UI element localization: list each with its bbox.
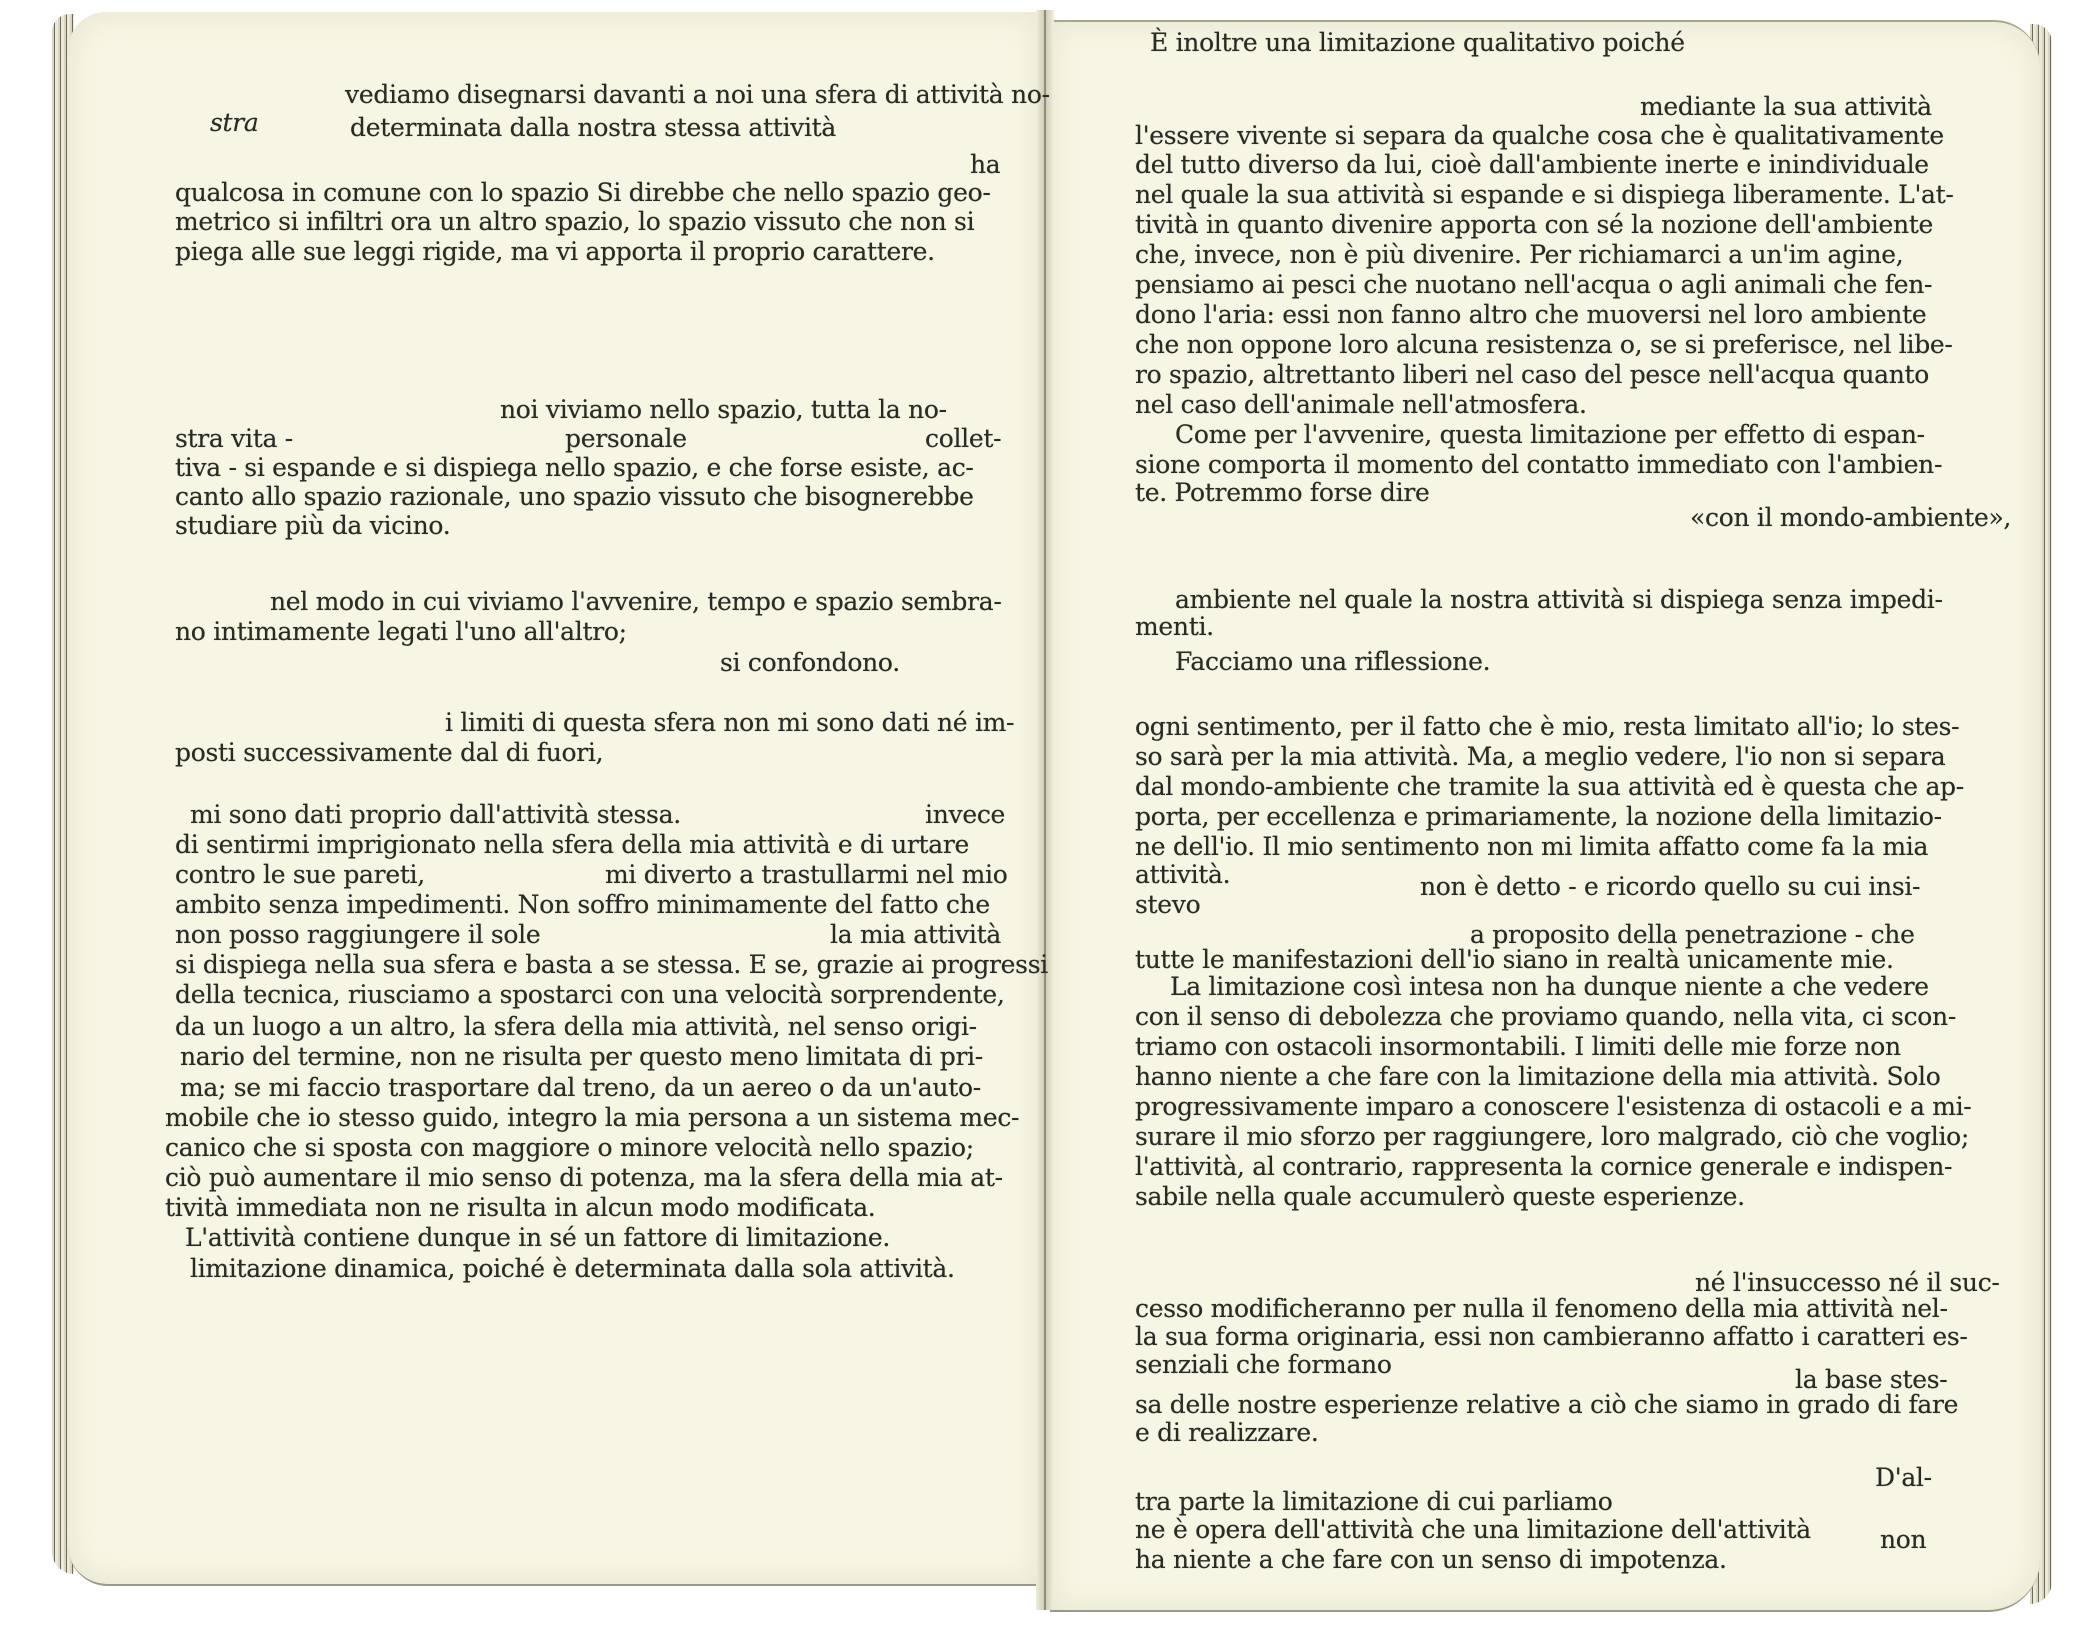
text-line: triamo con ostacoli insormontabili. I li… [1135,1032,1901,1062]
text-line: no intimamente legati l'uno all'altro; [175,617,627,647]
text-line: della tecnica, riusciamo a spostarci con… [175,980,1005,1010]
text-line: ambiente nel quale la nostra attività si… [1175,585,1943,615]
text-line: ro spazio, altrettanto liberi nel caso d… [1135,360,1929,390]
text-line: personale [565,424,687,454]
text-line: ambito senza impedimenti. Non soffro min… [175,890,990,920]
text-line: invece [925,800,1005,830]
text-line: stra [210,108,259,138]
text-line: la sua forma originaria, essi non cambie… [1135,1322,1968,1352]
open-book: vediamo disegnarsi davanti a noi una sfe… [0,0,2095,1628]
text-line: la mia attività [830,920,1001,950]
text-line: L'attività contiene dunque in sé un fatt… [185,1223,890,1253]
text-line: ogni sentimento, per il fatto che è mio,… [1135,712,1959,742]
text-line: sa delle nostre esperienze relative a ci… [1135,1390,1958,1420]
text-line: Come per l'avvenire, questa limitazione … [1175,420,1925,450]
text-line: È inoltre una limitazione qualitativo po… [1150,28,1685,58]
text-line: D'al- [1875,1463,1932,1493]
text-line: nario del termine, non ne risulta per qu… [180,1042,983,1072]
text-line: noi viviamo nello spazio, tutta la no- [500,395,947,425]
text-line: canto allo spazio razionale, uno spazio … [175,482,974,512]
text-line: non è detto - e ricordo quello su cui in… [1420,872,1920,902]
text-line: contro le sue pareti, [175,860,425,890]
text-line: attività. [1135,860,1230,890]
text-line: sione comporta il momento del contatto i… [1135,450,1942,480]
text-line: ciò può aumentare il mio senso di potenz… [165,1163,1003,1193]
text-line: piega alle sue leggi rigide, ma vi appor… [175,237,935,267]
text-line: porta, per eccellenza e primariamente, l… [1135,802,1942,832]
text-line: menti. [1135,612,1214,642]
text-line: hanno niente a che fare con la limitazio… [1135,1062,1940,1092]
text-line: Facciamo una riflessione. [1175,647,1490,677]
text-line: ha niente a che fare con un senso di imp… [1135,1545,1727,1575]
text-line: sabile nella quale accumulerò queste esp… [1135,1182,1745,1212]
text-line: e di realizzare. [1135,1418,1318,1448]
book-gutter [1036,10,1054,1610]
text-line: del tutto diverso da lui, cioè dall'ambi… [1135,150,1929,180]
text-line: tutte le manifestazioni dell'io siano in… [1135,945,1894,975]
text-line: dono l'aria: essi non fanno altro che mu… [1135,300,1926,330]
text-line: nel caso dell'animale nell'atmosfera. [1135,390,1587,420]
text-line: che, invece, non è più divenire. Per ric… [1135,240,1903,270]
text-line: La limitazione così intesa non ha dunque… [1170,972,1929,1002]
text-line: cesso modificheranno per nulla il fenome… [1135,1294,1948,1324]
text-line: «con il mondo-ambiente», [1690,503,2011,533]
text-line: l'attività, al contrario, rappresenta la… [1135,1152,1952,1182]
text-line: qualcosa in comune con lo spazio Si dire… [175,178,990,208]
text-line: con il senso di debolezza che proviamo q… [1135,1002,1956,1032]
text-line: vediamo disegnarsi davanti a noi una sfe… [345,80,1050,110]
text-line: progressivamente imparo a conoscere l'es… [1135,1092,1971,1122]
text-line: surare il mio sforzo per raggiungere, lo… [1135,1122,1969,1152]
text-line: da un luogo a un altro, la sfera della m… [175,1012,977,1042]
text-line: pensiamo ai pesci che nuotano nell'acqua… [1135,270,1932,300]
text-line: tra parte la limitazione di cui parliamo [1135,1487,1613,1517]
text-line: nel quale la sua attività si espande e s… [1135,180,1954,210]
text-line: studiare più da vicino. [175,511,450,541]
text-line: si dispiega nella sua sfera e basta a se… [175,950,1048,980]
text-line: te. Potremmo forse dire [1135,478,1429,508]
text-line: stra vita - [175,424,293,454]
text-line: posti successivamente dal di fuori, [175,738,603,768]
text-line: si confondono. [720,648,900,678]
text-line: canico che si sposta con maggiore o mino… [165,1133,974,1163]
text-line: metrico si infiltri ora un altro spazio,… [175,207,974,237]
text-line: senziali che formano [1135,1350,1392,1380]
text-line: che non oppone loro alcuna resistenza o,… [1135,330,1953,360]
text-line: determinata dalla nostra stessa attività [350,113,836,143]
text-line: limitazione dinamica, poiché è determina… [190,1254,955,1284]
text-line: l'essere vivente si separa da qualche co… [1135,121,1944,151]
text-line: non [1880,1525,1926,1555]
text-line: tività in quanto divenire apporta con sé… [1135,210,1933,240]
text-line: mi diverto a trastullarmi nel mio [605,860,1007,890]
text-line: ne è opera dell'attività che una limitaz… [1135,1515,1811,1545]
text-line: dal mondo-ambiente che tramite la sua at… [1135,772,1964,802]
text-line: non posso raggiungere il sole [175,920,540,950]
text-line: collet- [925,424,1001,454]
text-line: mediante la sua attività [1640,92,1932,122]
text-line: stevo [1135,890,1200,920]
text-line: ma; se mi faccio trasportare dal treno, … [180,1073,981,1103]
text-line: tività immediata non ne risulta in alcun… [165,1193,875,1223]
text-line: i limiti di questa sfera non mi sono dat… [445,708,1014,738]
text-line: mobile che io stesso guido, integro la m… [165,1103,1019,1133]
text-line: mi sono dati proprio dall'attività stess… [190,800,681,830]
text-line: nel modo in cui viviamo l'avvenire, temp… [270,587,1002,617]
text-line: di sentirmi imprigionato nella sfera del… [175,830,969,860]
text-line: ne dell'io. Il mio sentimento non mi lim… [1135,832,1928,862]
text-line: ha [970,150,1000,180]
text-line: so sarà per la mia attività. Ma, a megli… [1135,742,1945,772]
text-line: tiva - si espande e si dispiega nello sp… [175,453,974,483]
